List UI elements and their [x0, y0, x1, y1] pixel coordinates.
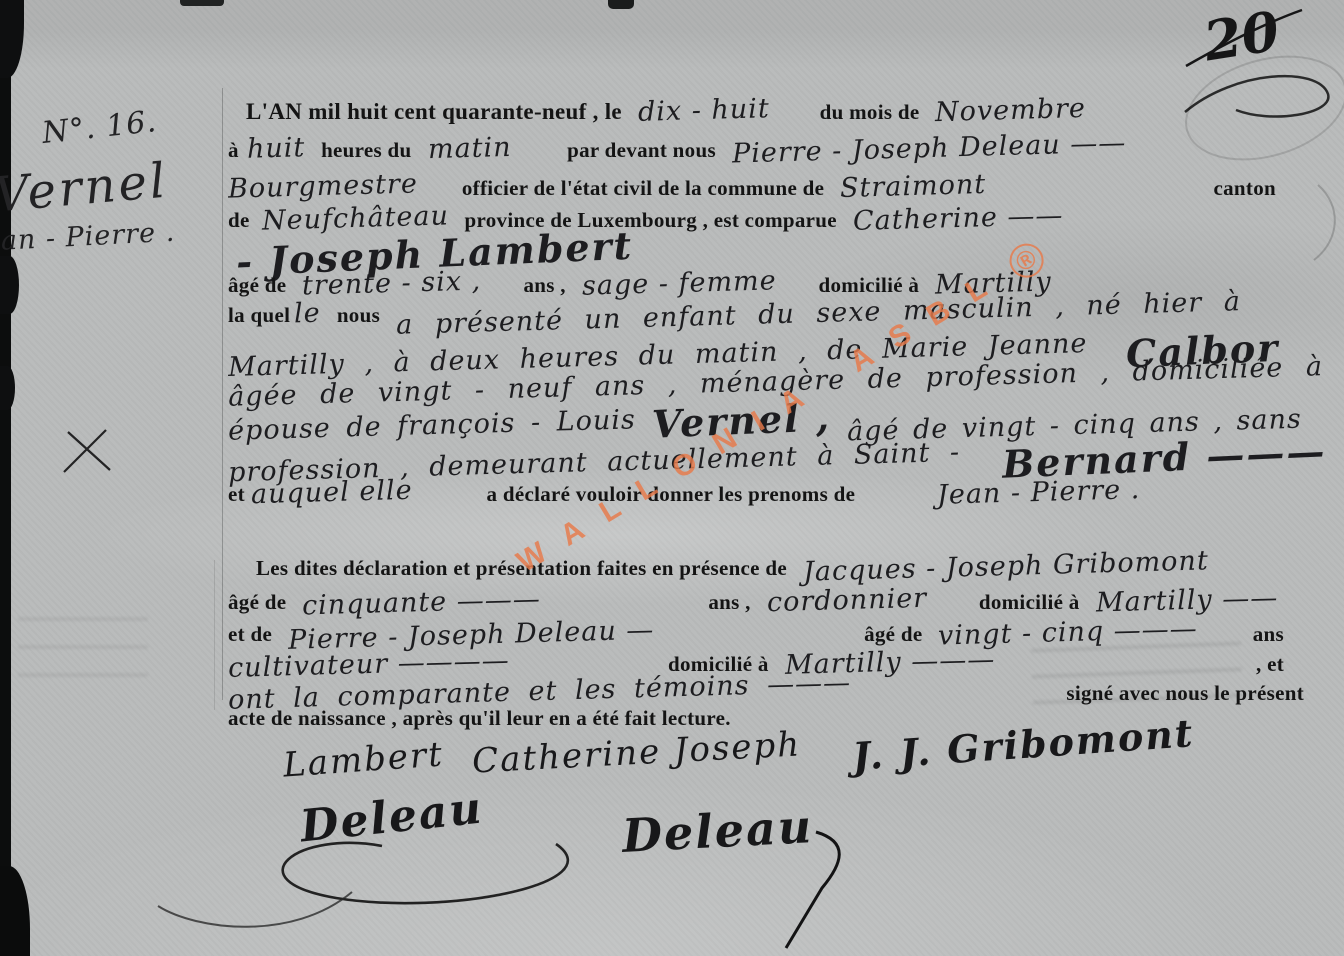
printed-segment: à: [228, 138, 239, 163]
scan-edge-blob: [0, 256, 19, 314]
margin-fold-line: [214, 560, 215, 710]
signature-flourish: [283, 843, 568, 903]
printed-segment: du mois de: [820, 100, 920, 125]
printed-segment: ans ,: [524, 273, 566, 298]
scan-edge-blob: [0, 366, 15, 410]
printed-segment: heures du: [321, 138, 411, 163]
deed-line-11: profession , demeurant actuellement à Sa…: [228, 435, 1342, 480]
printed-segment: , et: [1256, 652, 1284, 677]
printed-segment: la quel: [228, 303, 290, 328]
printed-segment: âgé de: [228, 590, 286, 615]
scan-edge-smear: [180, 0, 224, 6]
margin-act-number: N°. 16.: [40, 104, 158, 151]
handwritten-segment: Jean - Pierre .: [937, 474, 1141, 511]
signature-flourish: [158, 892, 352, 927]
deed-line-7: la quel le nous a présenté un enfant du …: [228, 298, 1342, 329]
handwritten-segment: trente - six ,: [302, 266, 482, 302]
scan-edge-bar: [0, 0, 11, 956]
handwritten-segment: Straimont: [840, 169, 987, 204]
printed-segment: acte de naissance , après qu'il leur en …: [228, 706, 731, 731]
ink-bleedthrough: [18, 598, 148, 693]
scan-corner-blob: [0, 866, 30, 956]
printed-segment: a déclaré vouloir donner les prenoms de: [487, 482, 856, 507]
handwritten-segment: le: [294, 298, 321, 330]
printed-segment: par devant nous: [567, 138, 716, 163]
deed-line-15: et de Pierre - Joseph Deleau — âgé de vi…: [228, 617, 1342, 648]
handwritten-segment: Jacques - Joseph Gribomont: [803, 545, 1209, 587]
printed-segment: nous: [337, 303, 380, 328]
margin-fold-line: [222, 88, 223, 700]
handwritten-segment: Novembre: [935, 93, 1087, 128]
deed-line-1: L'AN mil huit cent quarante-neuf , le di…: [228, 95, 1342, 126]
printed-segment: officier de l'état civil de la commune d…: [462, 176, 824, 201]
handwritten-segment: Pierre - Joseph Deleau ——: [732, 128, 1127, 170]
deed-line-4: de Neufchâteau province de Luxembourg , …: [228, 203, 1342, 234]
scan-edge-smear: [608, 0, 634, 9]
handwritten-segment: dix - huit: [637, 93, 770, 128]
handwritten-segment: huit: [246, 132, 305, 165]
deed-line-9: âgée de vingt - neuf ans , ménagère de p…: [228, 365, 1342, 396]
printed-segment: signé avec nous le présent: [1066, 681, 1304, 706]
margin-x-mark: [64, 430, 110, 472]
printed-segment: âgé de: [228, 273, 286, 298]
handwritten-segment: sage - femme: [581, 265, 776, 301]
handwritten-segment: Bourgmestre: [228, 168, 418, 204]
signature-deleau-2: Deleau: [621, 799, 815, 863]
printed-segment: et de: [228, 622, 272, 647]
folio-number: 20: [1199, 0, 1283, 73]
scanned-birth-record: { "folio": "20", "margin": { "act_number…: [0, 0, 1344, 956]
signature-deleau-1: Deleau: [298, 783, 486, 853]
handwritten-segment: matin: [427, 132, 511, 165]
printed-segment: de: [228, 208, 250, 233]
printed-segment: domicilié à: [979, 590, 1080, 615]
scan-corner-blob: [0, 0, 24, 78]
deed-line-2: à huit heures du matin par devant nous P…: [228, 133, 1342, 164]
printed-segment: canton: [1214, 176, 1276, 201]
deed-line-3: Bourgmestre officier de l'état civil de …: [228, 171, 1342, 202]
printed-segment: domicilié à: [819, 273, 920, 298]
deed-line-12: et auquel elle a déclaré vouloir donner …: [228, 477, 1342, 508]
printed-segment: L'AN mil huit cent quarante-neuf , le: [246, 99, 622, 125]
deed-line-17: ont la comparante et les témoins ——— sig…: [228, 676, 1342, 707]
margin-given-names: Jean - Pierre .: [0, 217, 176, 259]
handwritten-segment: auquel elle: [251, 475, 413, 510]
printed-segment: et: [228, 482, 245, 507]
printed-segment: ans: [1253, 622, 1284, 647]
deed-text: L'AN mil huit cent quarante-neuf , le di…: [228, 85, 1342, 745]
printed-segment: Les dites déclaration et présentation fa…: [256, 556, 787, 581]
deed-line-13: Les dites déclaration et présentation fa…: [228, 551, 1342, 582]
printed-segment: âgé de: [864, 622, 922, 647]
margin-surname: Vernel: [0, 153, 170, 224]
